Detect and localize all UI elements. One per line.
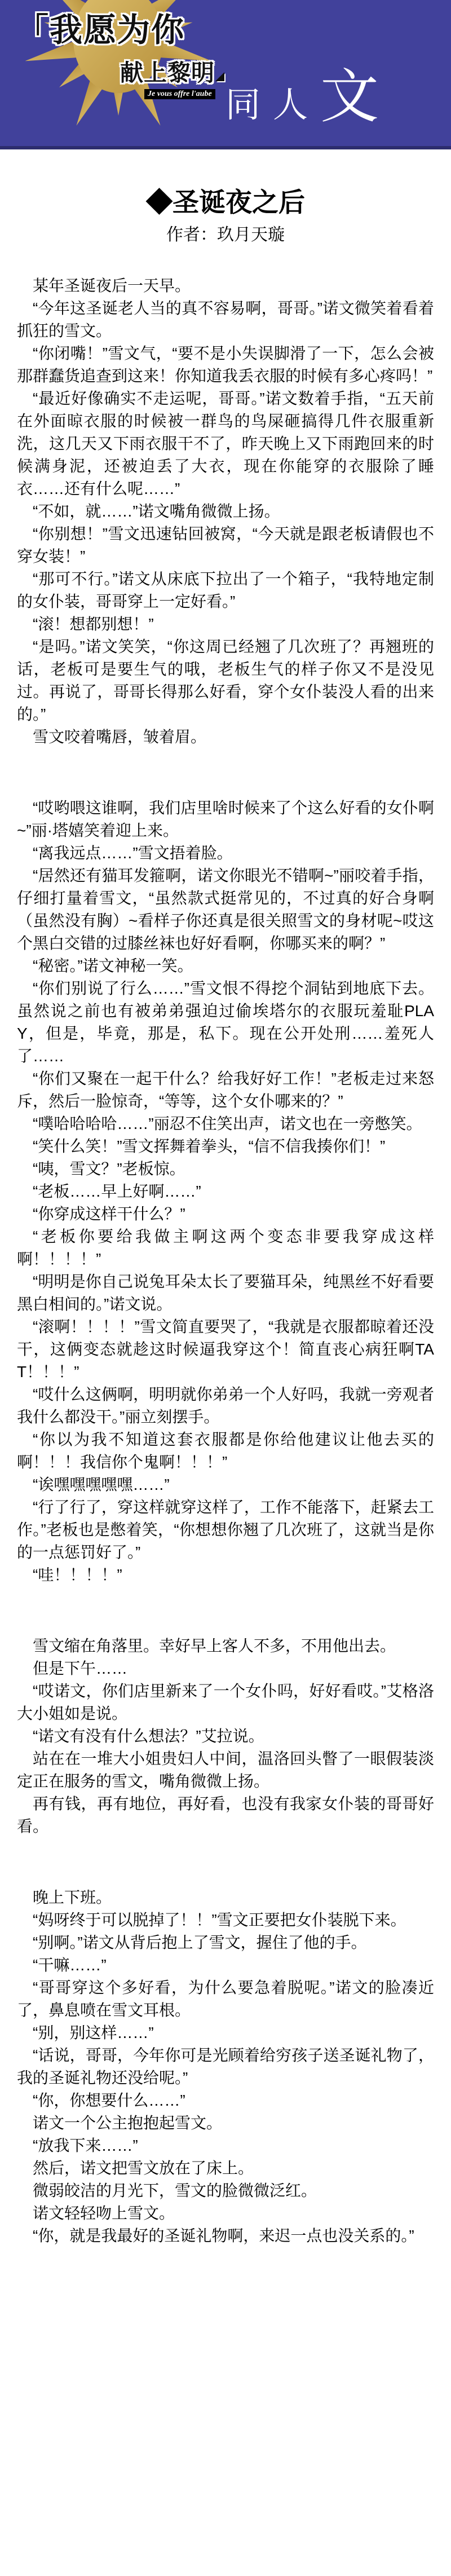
paragraph: 微弱皎洁的月光下，雪文的脸微微泛红。 <box>17 2180 434 2202</box>
paragraph: “哥哥穿这个多好看，为什么要急着脱呢。”诺文的脸凑近了，鼻息喷在雪文耳根。 <box>17 1977 434 2022</box>
paragraph: “行了行了，穿这样就穿这样了，工作不能落下，赶紧去工作。”老板也是憋着笑，“你想… <box>17 1496 434 1564</box>
paragraph: 雪文咬着嘴唇，皱着眉。 <box>17 726 434 748</box>
paragraph: “那可不行。”诺文从床底下拉出了一个箱子，“我特地定制的女仆装，哥哥穿上一定好看… <box>17 568 434 613</box>
paragraph: “你们又聚在一起干什么？给我好好工作！”老板走过来怒斥，然后一脸惊奇，“等等，这… <box>17 1068 434 1113</box>
paragraph: “你别想！”雪文迅速钻回被窝，“今天就是跟老板请假也不穿女装！” <box>17 523 434 568</box>
paragraph: “哇！！！！” <box>17 1564 434 1586</box>
paragraph: “干嘛……” <box>17 1954 434 1977</box>
paragraph: “是吗。”诺文笑笑，“你这周已经翘了几次班了？再翘班的话，老板可是要生气的哦，老… <box>17 636 434 726</box>
page: 「我愿为你 献上黎明 Je vous offre l'aube 同人文 ◆圣诞夜… <box>0 0 451 2576</box>
paragraph: “诶嘿嘿嘿嘿嘿……” <box>17 1474 434 1496</box>
paragraph: “你闭嘴！”雪文气，“要不是小失误脚滑了一下，怎么会被那群蠢货追查到这来！你知道… <box>17 342 434 387</box>
paragraph: “不如，就……”诺文嘴角微微上扬。 <box>17 500 434 523</box>
corner-mark-icon <box>215 72 224 81</box>
paragraph: “今年这圣诞老人当的真不容易啊，哥哥。”诺文微笑着看着抓狂的雪文。 <box>17 297 434 342</box>
paragraph: “老板你要给我做主啊这两个变态非要我穿成这样啊！！！！” <box>17 1225 434 1271</box>
paragraph: “居然还有猫耳发箍啊，诺文你眼光不错啊~”丽咬着手指，仔细打量着雪文，“虽然款式… <box>17 864 434 955</box>
paragraph: “你，就是我最好的圣诞礼物啊，来迟一点也没关系的。” <box>17 2225 434 2247</box>
story-section: “哎哟喂这谁啊，我们店里啥时候来了个这么好看的女仆啊~”丽·塔嬉笑着迎上来。“离… <box>17 797 434 1586</box>
article: ◆圣诞夜之后 作者：玖月天璇 某年圣诞夜后一天早。“今年这圣诞老人当的真不容易啊… <box>0 188 451 2247</box>
category-label-big: 文 <box>320 65 379 130</box>
paragraph: 诺文轻轻吻上雪文。 <box>17 2202 434 2225</box>
paragraph: “你们别说了行么……”雪文恨不得挖个洞钻到地底下去。虽然说之前也有被弟弟强迫过偷… <box>17 977 434 1068</box>
paragraph: “放我下来……” <box>17 2134 434 2157</box>
paragraph: “妈呀终于可以脱掉了！！”雪文正要把女仆装脱下来。 <box>17 1909 434 1931</box>
logo-title-line1: 「我愿为你 <box>16 3 185 51</box>
paragraph: “最近好像确实不走运呢，哥哥。”诺文数着手指，“五天前在外面晾衣服的时候被一群鸟… <box>17 387 434 500</box>
paragraph: “滚！想都别想！” <box>17 613 434 636</box>
paragraph: “笑什么笑！”雪文挥舞着拳头，“信不信我揍你们！” <box>17 1135 434 1158</box>
paragraph: “哎诺文，你们店里新来了一个女仆吗，好好看哎。”艾格洛大小姐如是说。 <box>17 1680 434 1725</box>
paragraph: “噗哈哈哈哈……”丽忍不住笑出声，诺文也在一旁憋笑。 <box>17 1113 434 1135</box>
page-title: ◆圣诞夜之后 <box>17 188 434 217</box>
story-section: 某年圣诞夜后一天早。“今年这圣诞老人当的真不容易啊，哥哥。”诺文微笑着看着抓狂的… <box>17 275 434 748</box>
paragraph: “别啊。”诺文从背后抱上了雪文，握住了他的手。 <box>17 1931 434 1954</box>
paragraph: “明明是你自己说兔耳朵太长了要猫耳朵，纯黑丝不好看要黑白相间的。”诺文说。 <box>17 1271 434 1316</box>
story-section: 晚上下班。“妈呀终于可以脱掉了！！”雪文正要把女仆装脱下来。“别啊。”诺文从背后… <box>17 1886 434 2247</box>
category-label: 同人文 <box>225 49 379 134</box>
paragraph: “别，别这样……” <box>17 2022 434 2044</box>
paragraph: 雪文缩在角落里。幸好早上客人不多，不用他出去。 <box>17 1635 434 1657</box>
article-body: 某年圣诞夜后一天早。“今年这圣诞老人当的真不容易啊，哥哥。”诺文微笑着看着抓狂的… <box>17 275 434 2247</box>
paragraph: “哎哟喂这谁啊，我们店里啥时候来了个这么好看的女仆啊~”丽·塔嬉笑着迎上来。 <box>17 797 434 842</box>
paragraph: “老板……早上好啊……” <box>17 1180 434 1203</box>
paragraph: 诺文一个公主抱抱起雪文。 <box>17 2112 434 2134</box>
category-label-small: 同人 <box>225 86 320 125</box>
logo-title-line2: 献上黎明 <box>120 54 215 87</box>
paragraph: “诺文有没有什么想法？”艾拉说。 <box>17 1725 434 1748</box>
paragraph: “你穿成这样干什么？” <box>17 1203 434 1225</box>
paragraph: 然后，诺文把雪文放在了床上。 <box>17 2157 434 2180</box>
paragraph: 晚上下班。 <box>17 1886 434 1909</box>
paragraph: “咦，雪文？”老板惊。 <box>17 1158 434 1180</box>
story-section: 雪文缩在角落里。幸好早上客人不多，不用他出去。但是下午……“哎诺文，你们店里新来… <box>17 1635 434 1838</box>
paragraph: 站在在一堆大小姐贵妇人中间，温洛回头瞥了一眼假装淡定正在服务的雪文，嘴角微微上扬… <box>17 1748 434 1793</box>
paragraph: 但是下午…… <box>17 1657 434 1680</box>
paragraph: “话说，哥哥，今年你可是光顾着给穷孩子送圣诞礼物了，我的圣诞礼物还没给呢。” <box>17 2044 434 2089</box>
paragraph: “秘密。”诺文神秘一笑。 <box>17 955 434 977</box>
paragraph: 某年圣诞夜后一天早。 <box>17 275 434 297</box>
paragraph: “哎什么这俩啊，明明就你弟弟一个人好吗，我就一旁观者我什么都没干。”丽立刻摆手。 <box>17 1383 434 1428</box>
paragraph: “滚啊！！！！”雪文简直要哭了，“我就是衣服都晾着还没干，这俩变态就趁这时候逼我… <box>17 1316 434 1383</box>
paragraph: “你，你想要什么……” <box>17 2089 434 2112</box>
logo-subtitle: Je vous offre l'aube <box>144 89 215 99</box>
paragraph: “你以为我不知道这套衣服都是你给他建议让他去买的啊！！！我信你个鬼啊！！！” <box>17 1428 434 1474</box>
author-line: 作者：玖月天璇 <box>17 225 434 245</box>
banner: 「我愿为你 献上黎明 Je vous offre l'aube 同人文 <box>0 0 451 149</box>
paragraph: “离我远点……”雪文捂着脸。 <box>17 842 434 864</box>
logo: 「我愿为你 献上黎明 Je vous offre l'aube <box>0 0 237 146</box>
paragraph: 再有钱，再有地位，再好看，也没有我家女仆装的哥哥好看。 <box>17 1793 434 1838</box>
